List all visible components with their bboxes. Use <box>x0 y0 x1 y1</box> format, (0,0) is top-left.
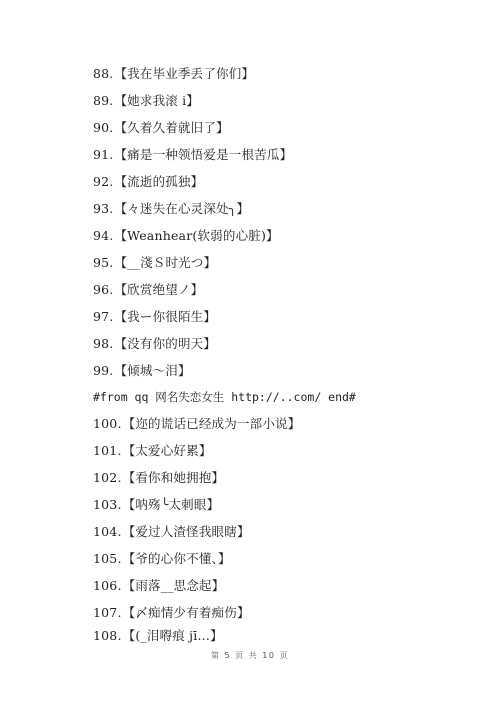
list-item: 101.【太爱心好累】 <box>93 443 212 459</box>
list-item: 100.【迩的谎话已经成为一部小说】 <box>93 416 300 432</box>
list-item: 88.【我在毕业季丢了你们】 <box>93 66 254 82</box>
list-item: 106.【雨落__思念起】 <box>93 578 224 594</box>
list-item: 102.【看你和她拥抱】 <box>93 470 224 486</box>
list-item: 90.【久着久着就旧了】 <box>93 120 229 136</box>
list-item: 93.【々迷失在心灵深处╮】 <box>93 201 249 217</box>
list-item: 108.【(_泪嘚痕 jī…】 <box>93 628 223 644</box>
list-item: 91.【痛是一种领悟爱是一根苦瓜】 <box>93 147 292 163</box>
list-item: 94.【Weanhear(软弱的心脏)】 <box>93 228 279 244</box>
list-item: 96.【欣赏绝望ノ】 <box>93 282 203 298</box>
page-number-footer: 第 5 页 共 10 页 <box>0 650 500 661</box>
list-item: 99.【倾城～泪】 <box>93 363 191 379</box>
list-item: 107.【〆痴情少有着痴伤】 <box>93 605 250 621</box>
source-note: #from qq 网名失恋女生 http://..com/ end# <box>93 389 356 405</box>
list-item: 98.【没有你的明天】 <box>93 336 216 352</box>
list-item: 104.【爱过人渣怪我眼瞎】 <box>93 524 250 540</box>
list-item: 97.【我ー你很陌生】 <box>93 309 216 325</box>
list-item: 95.【__淺Ｓ时光つ】 <box>93 255 216 271</box>
document-page: 88.【我在毕业季丢了你们】 89.【她求我滚 i】 90.【久着久着就旧了】 … <box>0 0 500 707</box>
list-item: 89.【她求我滚 i】 <box>93 93 199 109</box>
list-item: 103.【呐殇╰太刺眼】 <box>93 497 219 513</box>
list-item: 92.【流逝的孤独】 <box>93 174 203 190</box>
list-item: 105.【爷的心你不懂、】 <box>93 551 231 567</box>
